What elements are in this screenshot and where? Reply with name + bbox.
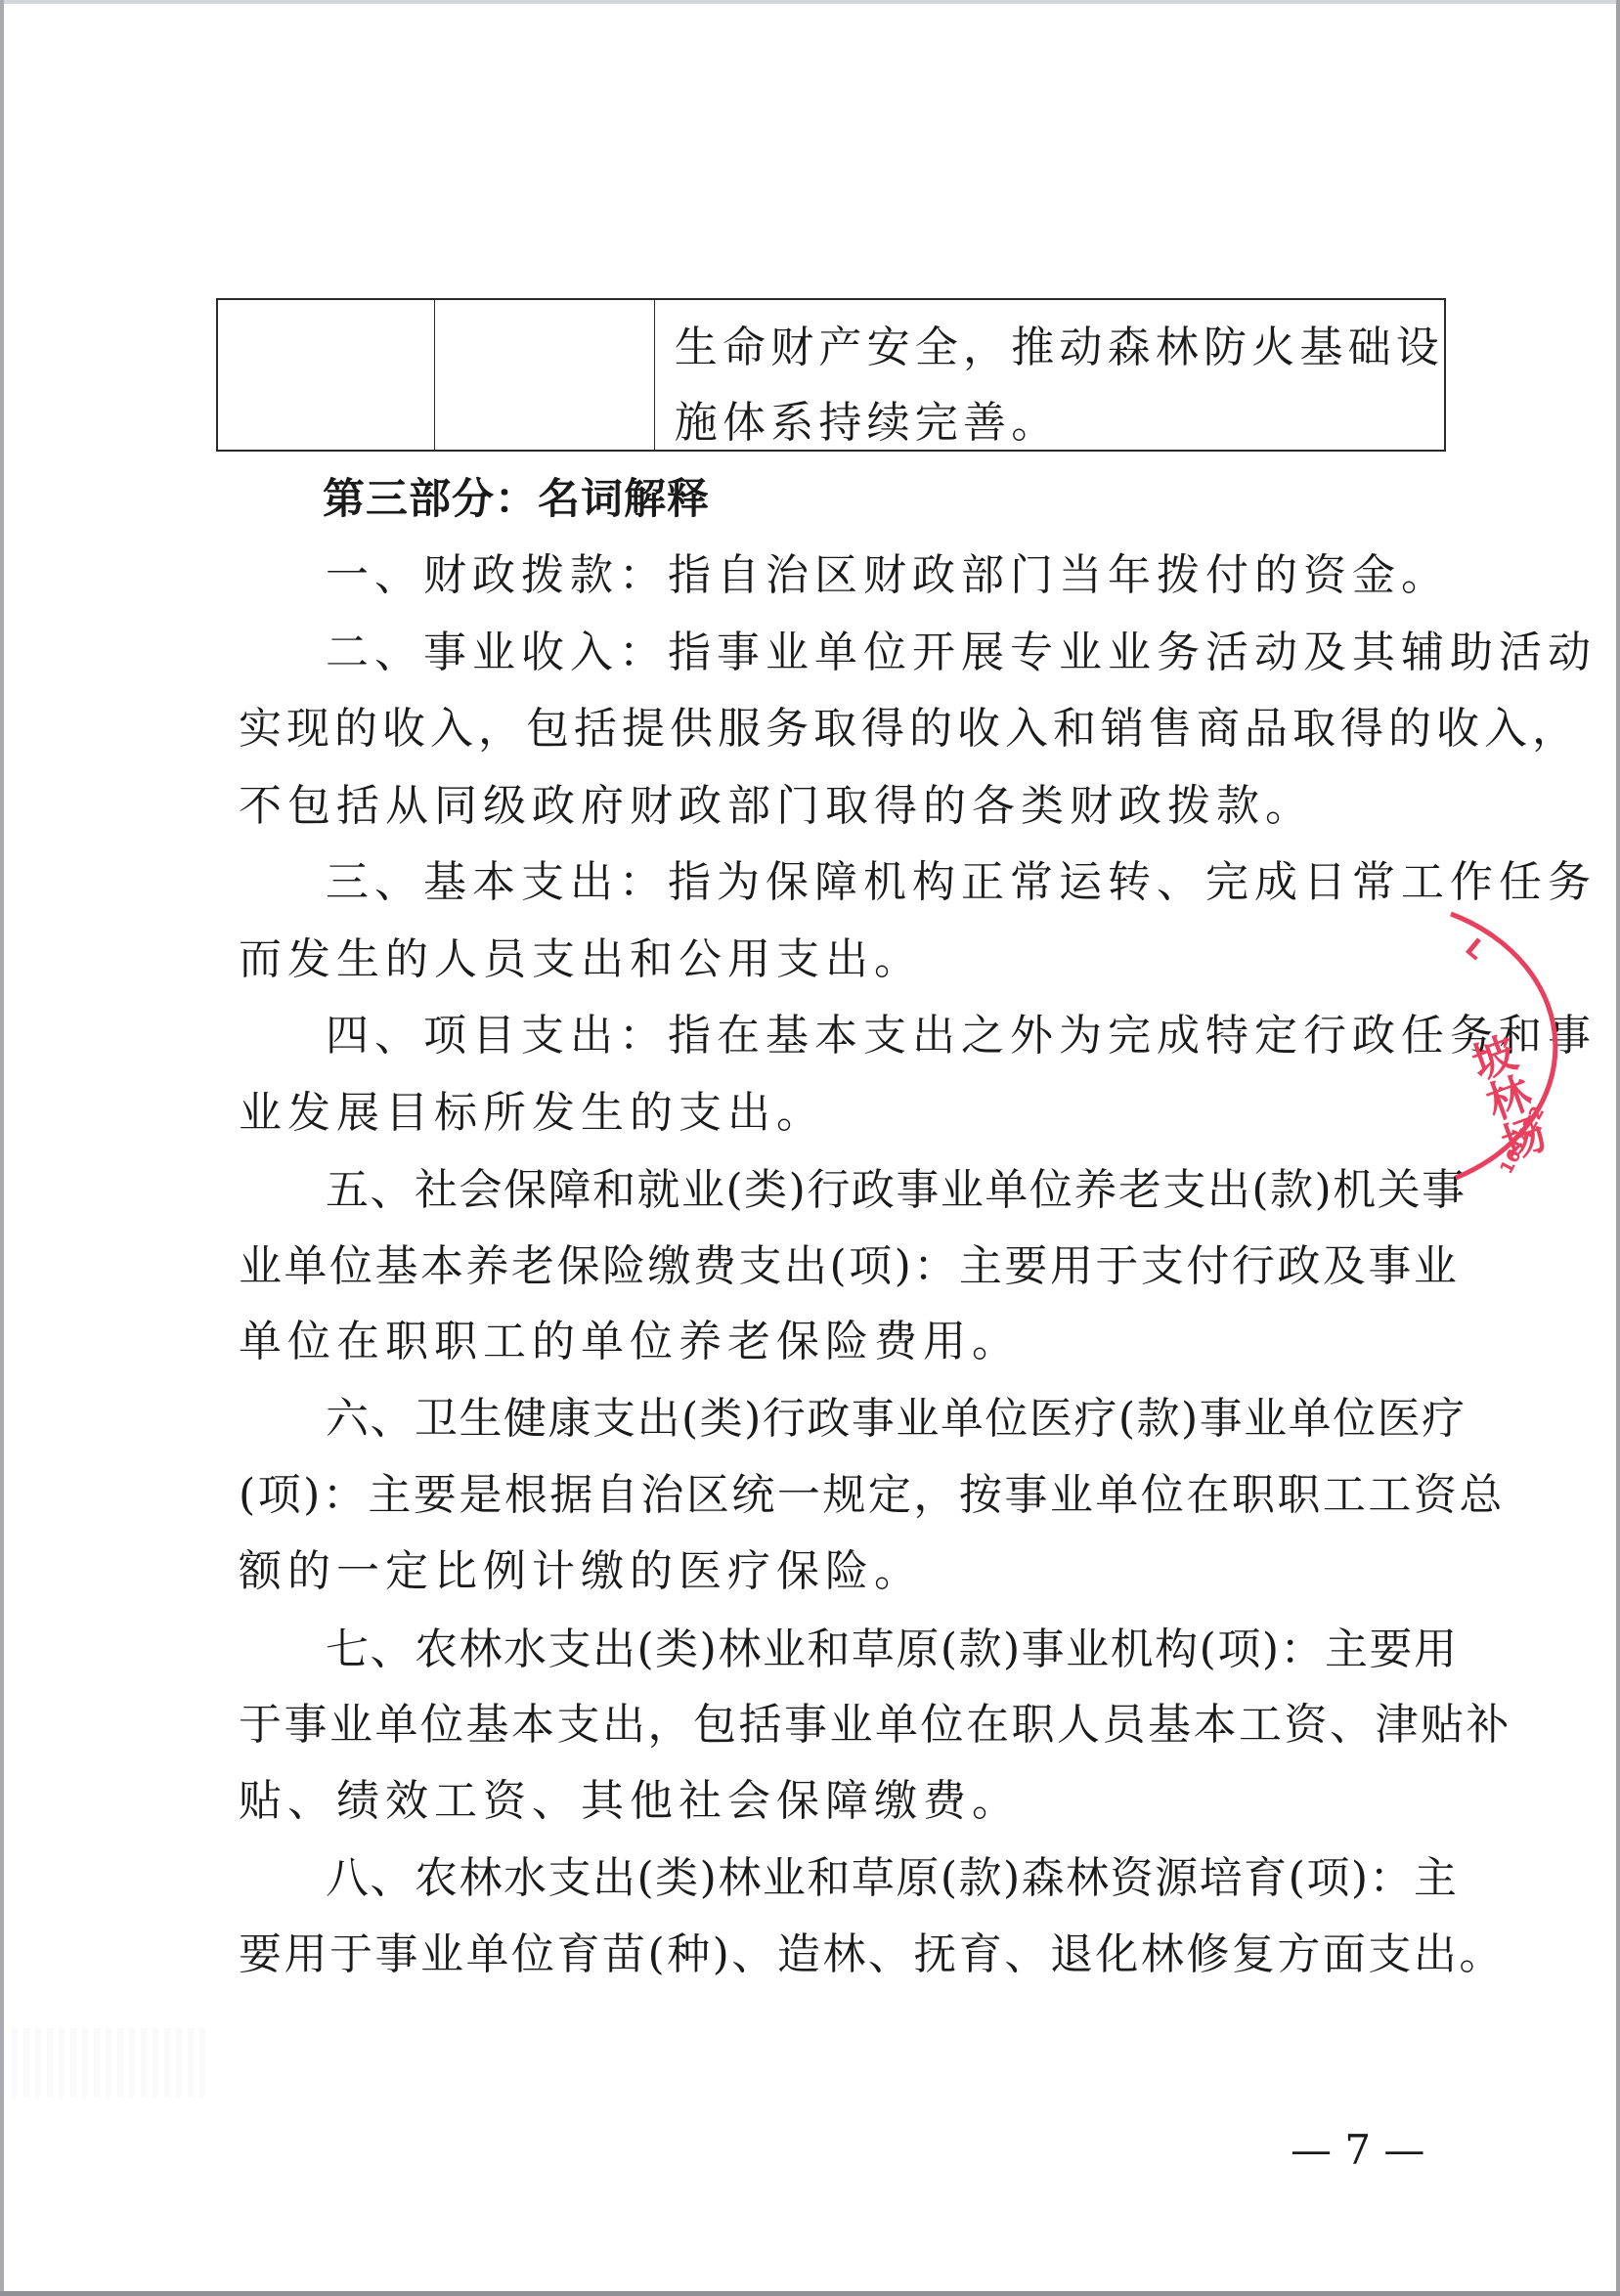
- paragraph-2-line-2: 实现的收入，包括提供服务取得的收入和销售商品取得的收入，: [239, 700, 1580, 758]
- paragraph-3-line-2: 而发生的人员支出和公用支出。: [239, 931, 923, 989]
- table-cell-col3: 生命财产安全，推动森林防火基础设 施体系持续完善。: [655, 300, 1444, 450]
- paragraph-1-line-1: 一、财政拨款：指自治区财政部门当年拨付的资金。: [326, 546, 1450, 605]
- paragraph-7-line-1: 七、农林水支出(类)林业和草原(款)事业机构(项)：主要用: [326, 1621, 1459, 1679]
- paragraph-3-line-1: 三、基本支出：指为保障机构正常运转、完成日常工作任务: [326, 853, 1597, 912]
- seal-number: 161422: [1496, 1103, 1549, 1177]
- paragraph-2-line-3: 不包括从同级政府财政部门取得的各类财政拨款。: [239, 777, 1314, 836]
- table-cell-col2: [435, 300, 655, 450]
- paragraph-5-line-1: 五、社会保障和就业(类)行政事业单位养老支出(款)机关事: [326, 1161, 1467, 1220]
- paragraph-4-line-1: 四、项目支出：指在基本支出之外为完成特定行政任务和事: [326, 1007, 1597, 1065]
- scan-edge-left: [0, 0, 4, 2296]
- paragraph-5-line-3: 单位在职职工的单位养老保险费用。: [239, 1313, 1021, 1371]
- seal-partial-char: L: [1460, 933, 1491, 967]
- bleed-through-artifact: [12, 2028, 207, 2097]
- paragraph-5-line-2: 业单位基本养老保险缴费支出(项)：主要用于支付行政及事业: [239, 1237, 1459, 1296]
- table-cell-text-line: 生命财产安全，推动森林防火基础设: [675, 310, 1444, 385]
- paragraph-8-line-1: 八、农林水支出(类)林业和草原(款)森林资源培育(项)：主: [326, 1849, 1459, 1908]
- table-cell-col1: [218, 300, 435, 450]
- scan-edge-bottom: [0, 2291, 1620, 2296]
- page-number: — 7 —: [1291, 2126, 1424, 2175]
- paragraph-7-line-3: 贴、绩效工资、其他社会保障缴费。: [239, 1772, 1021, 1831]
- continued-table: 生命财产安全，推动森林防火基础设 施体系持续完善。: [216, 298, 1446, 452]
- scan-edge-right: [1616, 0, 1620, 2296]
- section-heading: 第三部分：名词解释: [323, 470, 710, 529]
- paragraph-8-line-2: 要用于事业单位育苗(种)、造林、抚育、退化林修复方面支出。: [239, 1926, 1505, 1984]
- paragraph-6-line-1: 六、卫生健康支出(类)行政事业单位医疗(款)事业单位医疗: [326, 1390, 1467, 1449]
- paragraph-6-line-2: (项)：主要是根据自治区统一规定，按事业单位在职职工工资总: [239, 1466, 1505, 1525]
- paragraph-2-line-1: 二、事业收入：指事业单位开展专业业务活动及其辅助活动: [326, 624, 1597, 682]
- scan-edge-top: [0, 0, 1620, 4]
- paragraph-4-line-2: 业发展目标所发生的支出。: [239, 1084, 825, 1143]
- table-cell-text-line: 施体系持续完善。: [675, 385, 1444, 460]
- paragraph-7-line-2: 于事业单位基本支出，包括事业单位在职人员基本工资、津贴补: [239, 1696, 1511, 1754]
- paragraph-6-line-3: 额的一定比例计缴的医疗保险。: [239, 1542, 923, 1601]
